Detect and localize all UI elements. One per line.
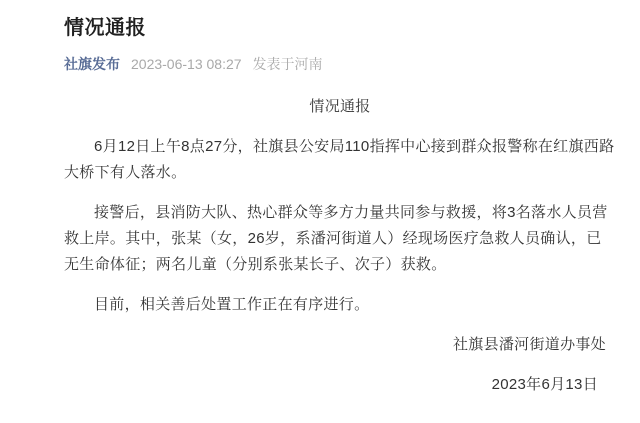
article-body: 情况通报 6月12日上午8点27分，社旗县公安局110指挥中心接到群众报警称在红…: [64, 74, 616, 398]
article-page: 情况通报 社旗发布 2023-06-13 08:27 发表于河南 情况通报 6月…: [0, 0, 640, 423]
notice-paragraph-1: 6月12日上午8点27分，社旗县公安局110指挥中心接到群众报警称在红旗西路大桥…: [64, 134, 616, 186]
notice-paragraph-3: 目前，相关善后处置工作正在有序进行。: [64, 292, 616, 318]
notice-paragraph-2: 接警后，县消防大队、热心群众等多方力量共同参与救援，将3名落水人员营救上岸。其中…: [64, 200, 616, 278]
publish-location: 发表于河南: [253, 54, 323, 74]
byline: 社旗发布 2023-06-13 08:27 发表于河南: [64, 54, 616, 74]
notice-date: 2023年6月13日: [64, 372, 616, 398]
notice-heading: 情况通报: [64, 94, 616, 120]
notice-signature: 社旗县潘河街道办事处: [64, 332, 616, 358]
page-title: 情况通报: [64, 14, 616, 42]
publish-datetime: 2023-06-13 08:27: [131, 54, 242, 74]
account-link[interactable]: 社旗发布: [64, 54, 120, 74]
